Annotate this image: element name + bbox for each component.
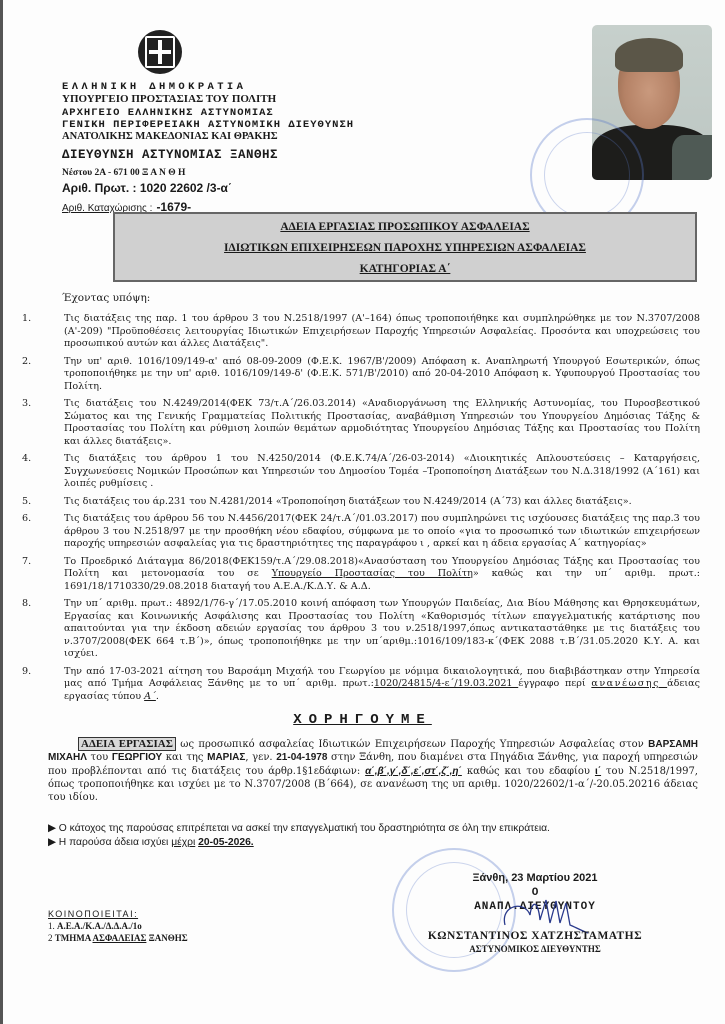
title-line-1: ΑΔΕΙΑ ΕΡΓΑΣΙΑΣ ΠΡΟΣΩΠΙΚΟΥ ΑΣΦΑΛΕΙΑΣ: [115, 217, 695, 238]
father-name: ΓΕΩΡΓΙΟΥ: [112, 752, 162, 763]
greek-coat-of-arms-icon: [138, 30, 182, 74]
header-regional-directorate: ΓΕΝΙΚΗ ΠΕΡΙΦΕΡΕΙΑΚΗ ΑΣΤΥΝΟΜΙΚΗ ΔΙΕΥΘΥΝΣΗ: [62, 119, 354, 131]
considerations-intro: Έχοντας υπόψη:: [62, 292, 150, 304]
protocol-number: Αριθ. Πρωτ. : 1020 22602 /3-α΄: [62, 181, 232, 195]
mother-name: ΜΑΡΙΑΣ: [207, 752, 245, 763]
distribution-label: ΚΟΙΝΟΠΟΙΕΙΤΑΙ:: [48, 908, 188, 920]
triangle-bullet-icon: ▶: [48, 837, 56, 848]
considerations-list: 1.Τις διατάξεις της παρ. 1 του άρθρου 3 …: [20, 313, 700, 708]
grant-text: ΑΔΕΙΑ ΕΡΓΑΣΙΑΣ ως προσωπικό ασφαλείας Ιδ…: [48, 738, 698, 804]
list-item: 7.Το Προεδρικό Διάταγμα 86/2018(ΦΕΚ159/τ…: [20, 556, 700, 594]
list-item: 9.Την από 17-03-2021 αίτηση του Βαρσάμη …: [20, 666, 700, 704]
license-label: ΑΔΕΙΑ ΕΡΓΑΣΙΑΣ: [78, 737, 176, 751]
list-item: 2 ΤΜΗΜΑ ΑΣΦΑΛΕΙΑΣ ΞΑΝΘΗΣ: [48, 932, 188, 944]
list-item: 1. Α.Ε.Α./Κ.Α./Δ.Δ.Α./1ο: [48, 920, 188, 932]
birth-date: 21-04-1978: [276, 752, 327, 763]
header-region: ΑΝΑΤΟΛΙΚΗΣ ΜΑΚΕΔΟΝΙΑΣ ΚΑΙ ΘΡΑΚΗΣ: [62, 131, 278, 142]
title-line-2: ΙΔΙΩΤΙΚΩΝ ΕΠΙΧΕΙΡΗΣΕΩΝ ΠΑΡΟΧΗΣ ΥΠΗΡΕΣΙΩΝ…: [115, 238, 695, 259]
triangle-bullet-icon: ▶: [48, 823, 56, 834]
title-line-3: ΚΑΤΗΓΟΡΙΑΣ Α΄: [115, 259, 695, 280]
scan-edge: [0, 0, 3, 1024]
header-headquarters: ΑΡΧΗΓΕΙΟ ΕΛΛΗΝΙΚΗΣ ΑΣΤΥΝΟΜΙΑΣ: [62, 107, 274, 119]
list-item: 8.Την υπ΄ αριθμ. πρωτ.: 4892/1/76-γ΄/17.…: [20, 598, 700, 661]
valid-until: 20-05-2026.: [198, 837, 254, 848]
list-item: 5.Τις διατάξεις του άρ.231 του Ν.4281/20…: [20, 496, 700, 509]
signatory-name: ΚΩΝΣΤΑΝΤΙΝΟΣ ΧΑΤΖΗΣΤΑΜΑΤΗΣ: [400, 930, 670, 942]
list-item: 4.Τις διατάξεις του άρθρου 1 του Ν.4250/…: [20, 453, 700, 491]
list-item: 6.Τις διατάξεις του άρθρου 56 του Ν.4456…: [20, 513, 700, 551]
header-address: Νέστου 2Α - 671 00 Ξ Α Ν Θ Η: [62, 168, 185, 178]
list-item: 2.Την υπ' αριθ. 1016/109/149-α' από 08-0…: [20, 356, 700, 394]
signatory-role: ΑΣΤΥΝΟΜΙΚΟΣ ΔΙΕΥΘΥΝΤΗΣ: [400, 944, 670, 954]
header-directorate: ΔΙΕΥΘΥΝΣΗ ΑΣΤΥΝΟΜΙΑΣ ΞΑΝΘΗΣ: [62, 148, 278, 162]
grant-heading: ΧΟΡΗΓΟΥΜΕ: [0, 712, 725, 728]
header-republic: ΕΛΛΗΝΙΚΗ ΔΗΜΟΚΡΑΤΙΑ: [62, 81, 246, 93]
list-item: 1.Τις διατάξεις της παρ. 1 του άρθρου 3 …: [20, 313, 700, 351]
bullet-validity: ▶ Η παρούσα άδεια ισχύει μέχρι 20-05-202…: [48, 836, 550, 850]
place-date: Ξάνθη, 23 Μαρτίου 2021: [400, 872, 670, 884]
distribution-list: ΚΟΙΝΟΠΟΙΕΙΤΑΙ: 1. Α.Ε.Α./Κ.Α./Δ.Δ.Α./1ο …: [48, 908, 188, 944]
document-title: ΑΔΕΙΑ ΕΡΓΑΣΙΑΣ ΠΡΟΣΩΠΙΚΟΥ ΑΣΦΑΛΕΙΑΣ ΙΔΙΩ…: [113, 212, 697, 282]
bullet-nationwide: ▶ Ο κάτοχος της παρούσας επιτρέπεται να …: [48, 822, 550, 836]
list-item: 3.Τις διατάξεις του Ν.4249/2014(ΦΕΚ 73/τ…: [20, 398, 700, 448]
grant-bullets: ▶ Ο κάτοχος της παρούσας επιτρέπεται να …: [48, 822, 550, 850]
header-ministry: ΥΠΟΥΡΓΕΙΟ ΠΡΟΣΤΑΣΙΑΣ ΤΟΥ ΠΟΛΙΤΗ: [62, 93, 276, 105]
handwritten-signature-icon: [500, 895, 590, 935]
paragraphs: α΄,β΄,γ΄,δ΄,ε΄,στ΄,ζ΄,η΄: [365, 766, 462, 777]
